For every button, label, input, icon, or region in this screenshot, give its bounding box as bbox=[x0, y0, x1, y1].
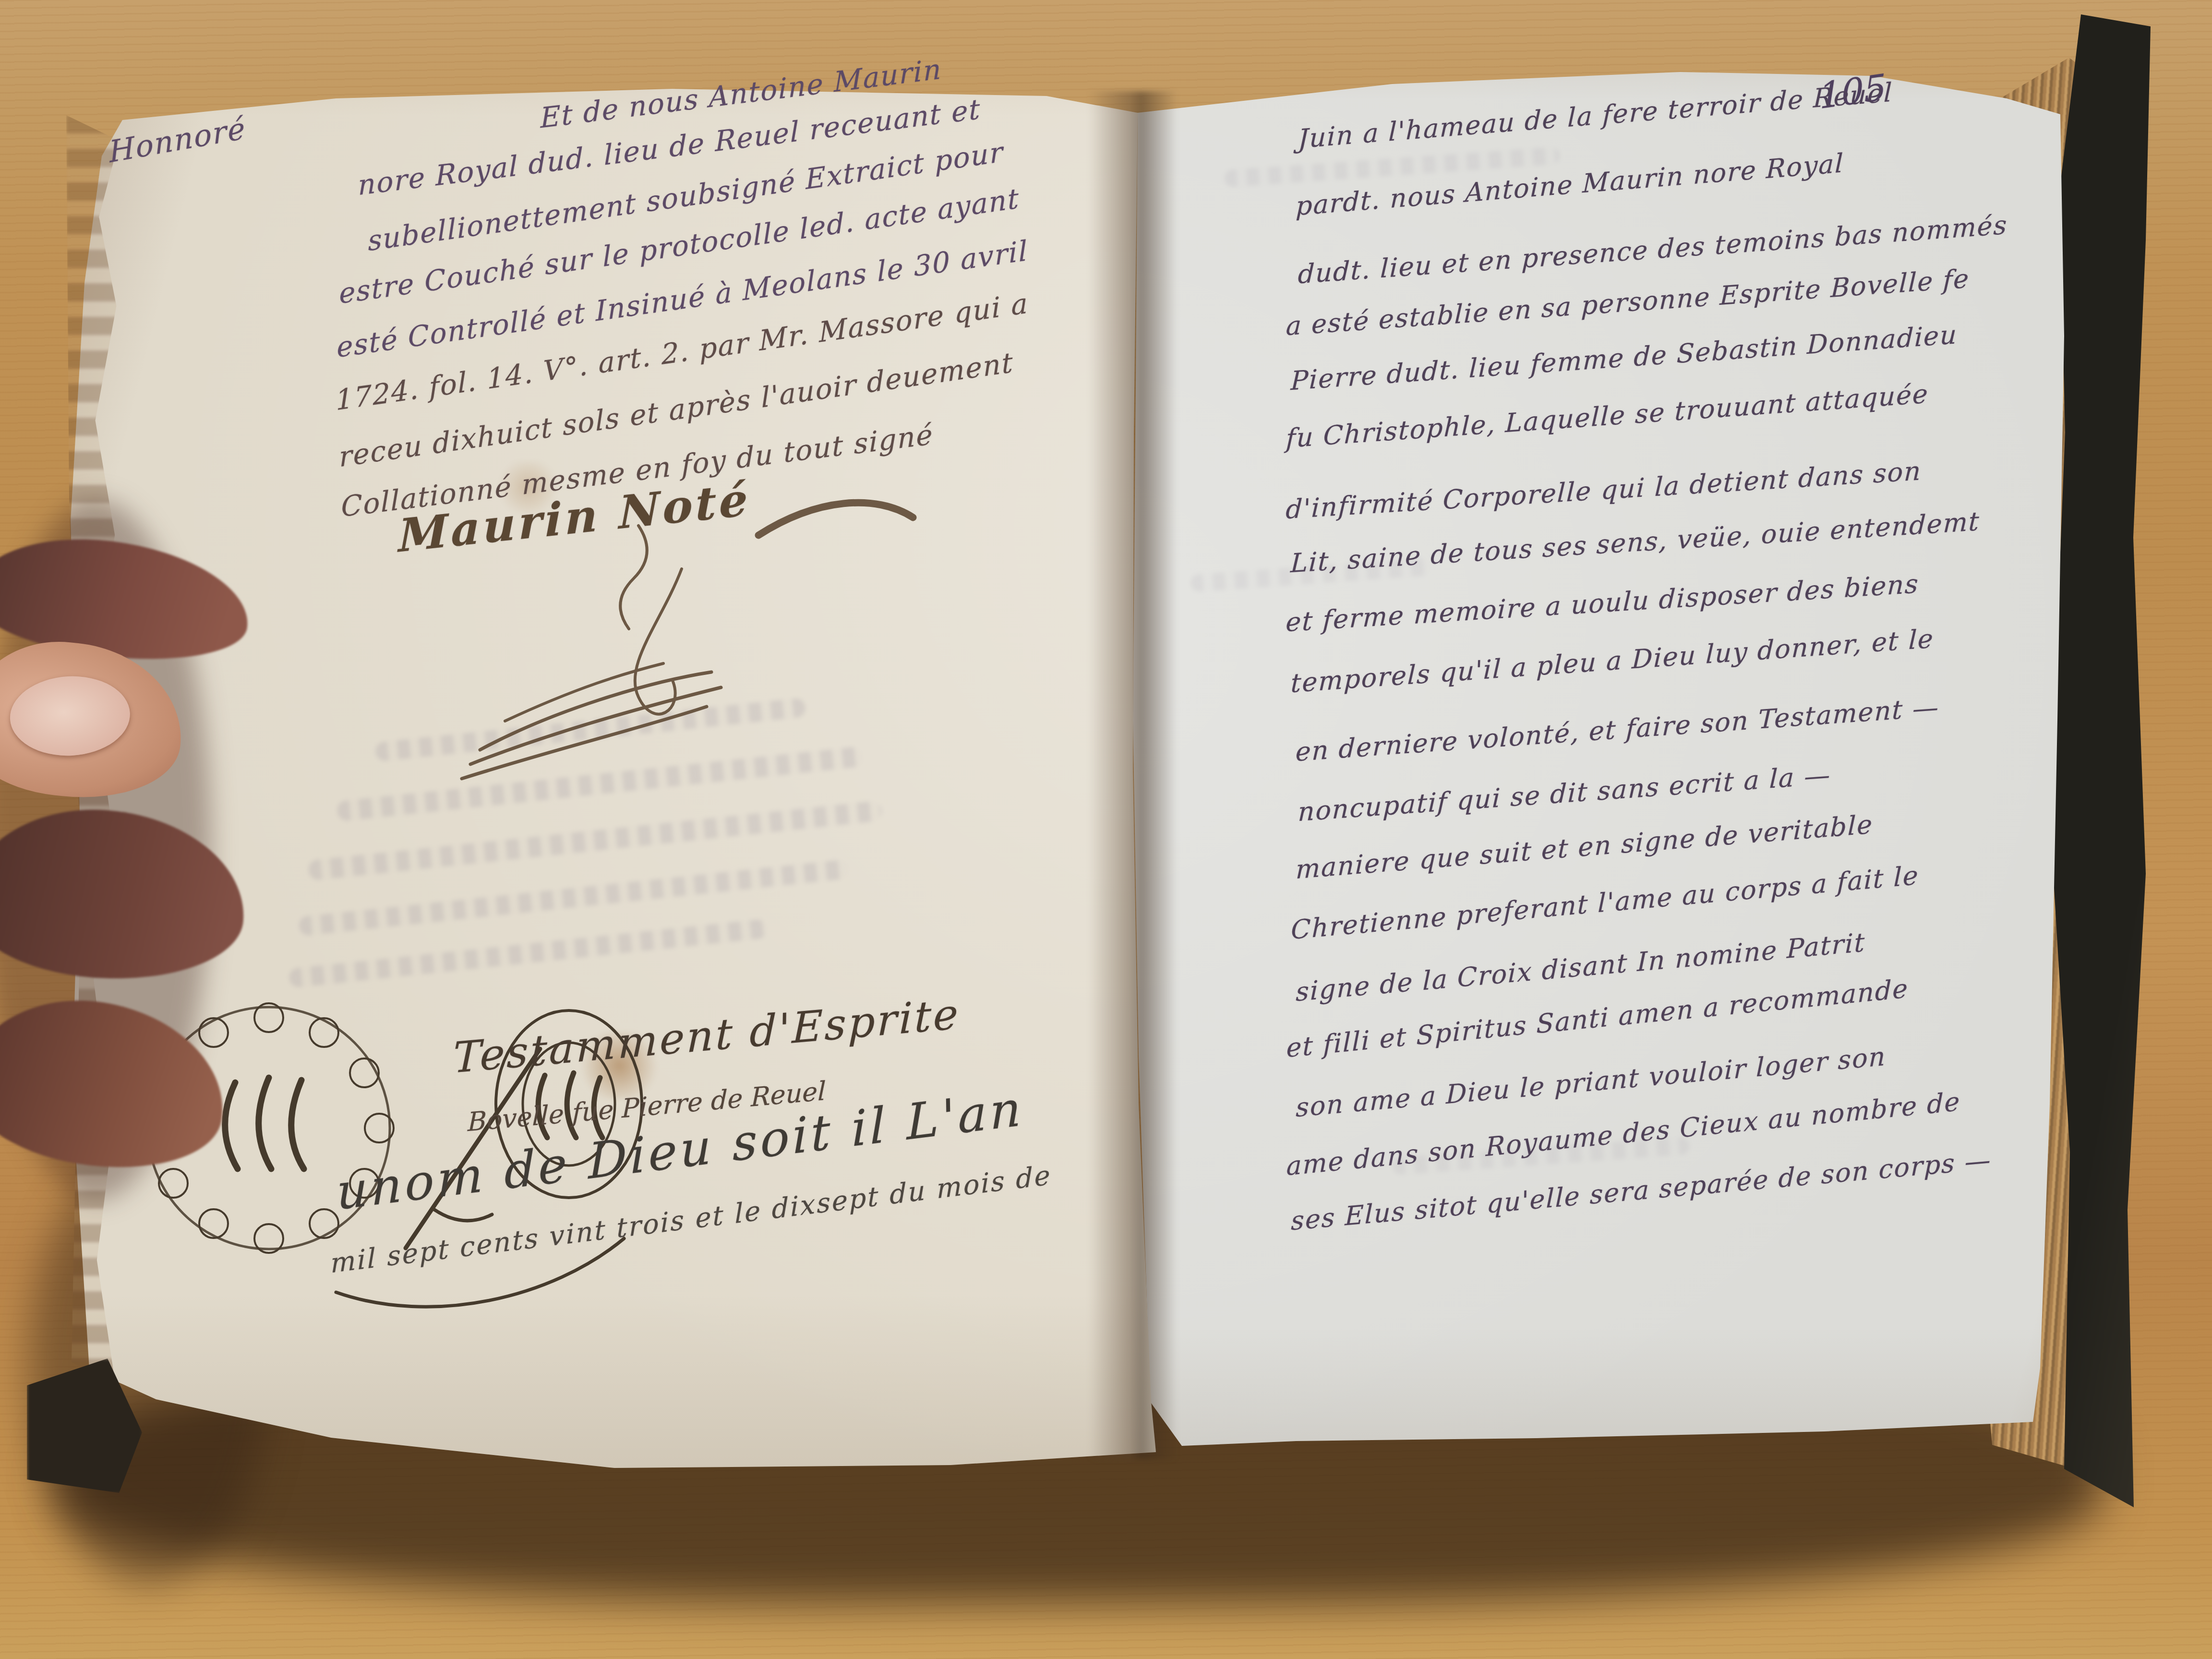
fingernail bbox=[8, 673, 132, 759]
photograph-of-open-manuscript-book: Honnoré Et de nous Antoine Maurin nore R… bbox=[0, 0, 2212, 1659]
